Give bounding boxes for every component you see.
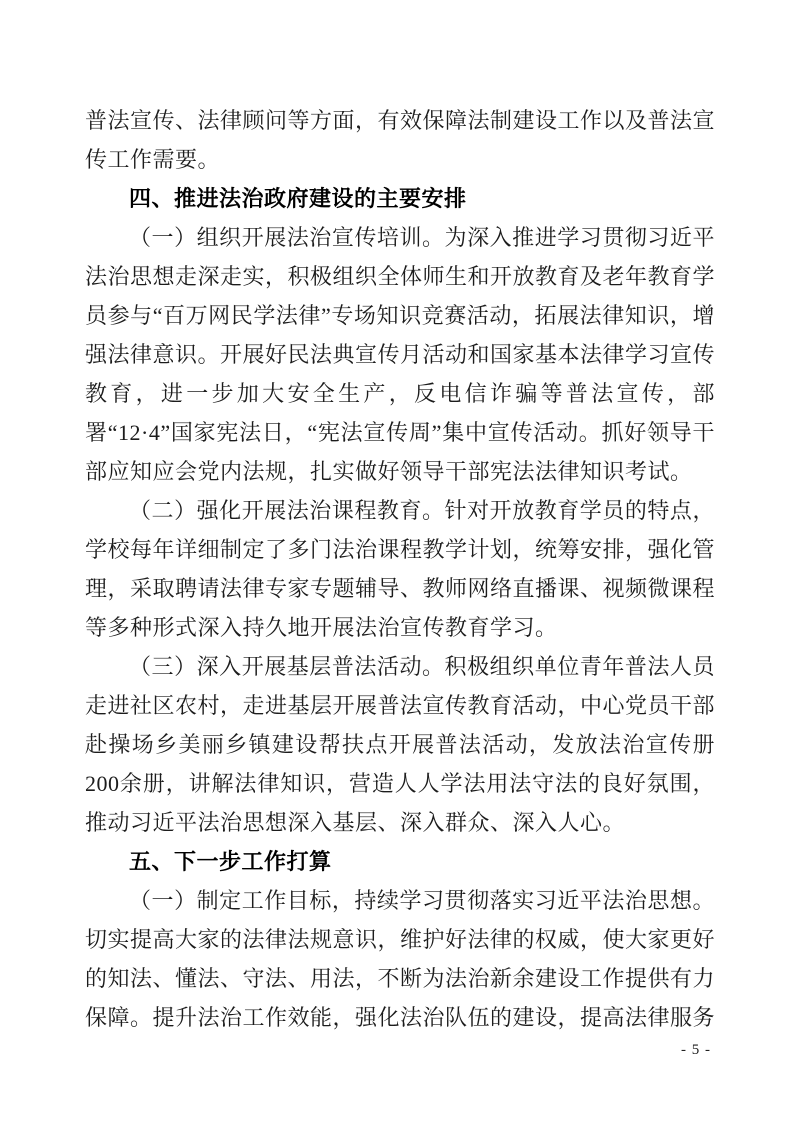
paragraph-item-4: （一）制定工作目标，持续学习贯彻落实习近平法治思想。切实提高大家的法律法规意识，… <box>85 881 715 1037</box>
paragraph-item-3: （三）深入开展基层普法活动。积极组织单位青年普法人员走进社区农村，走进基层开展普… <box>85 647 715 842</box>
section-heading-five: 五、下一步工作打算 <box>85 842 715 881</box>
paragraph-lead: （一）制定工作目标，持续学习贯彻落实习近平法治思想。 <box>129 888 715 913</box>
page-number: - 5 - <box>681 1042 711 1059</box>
paragraph-body: 为深入推进学习贯彻习近平法治思想走深走实，积极组织全体师生和开放教育及老年教育学… <box>85 225 715 484</box>
paragraph-lead: （三）深入开展基层普法活动。 <box>129 654 445 679</box>
paragraph-lead: （二）强化开展法治课程教育。 <box>129 498 445 523</box>
document-page: 普法宣传、法律顾问等方面，有效保障法制建设工作以及普法宣传工作需要。 四、推进法… <box>0 0 799 1131</box>
paragraph-item-2: （二）强化开展法治课程教育。针对开放教育学员的特点，学校每年详细制定了多门法治课… <box>85 491 715 647</box>
paragraph-body: 积极组织单位青年普法人员走进社区农村，走进基层开展普法宣传教育活动，中心党员干部… <box>85 654 715 835</box>
paragraph-body: 切实提高大家的法律法规意识，维护好法律的权威，使大家更好的知法、懂法、守法、用法… <box>85 927 715 1030</box>
document-body: 普法宣传、法律顾问等方面，有效保障法制建设工作以及普法宣传工作需要。 四、推进法… <box>85 101 715 1037</box>
paragraph-item-1: （一）组织开展法治宣传培训。为深入推进学习贯彻习近平法治思想走深走实，积极组织全… <box>85 218 715 491</box>
paragraph-lead: （一）组织开展法治宣传培训。 <box>129 225 445 250</box>
paragraph-continuation: 普法宣传、法律顾问等方面，有效保障法制建设工作以及普法宣传工作需要。 <box>85 101 715 179</box>
section-heading-four: 四、推进法治政府建设的主要安排 <box>85 179 715 218</box>
